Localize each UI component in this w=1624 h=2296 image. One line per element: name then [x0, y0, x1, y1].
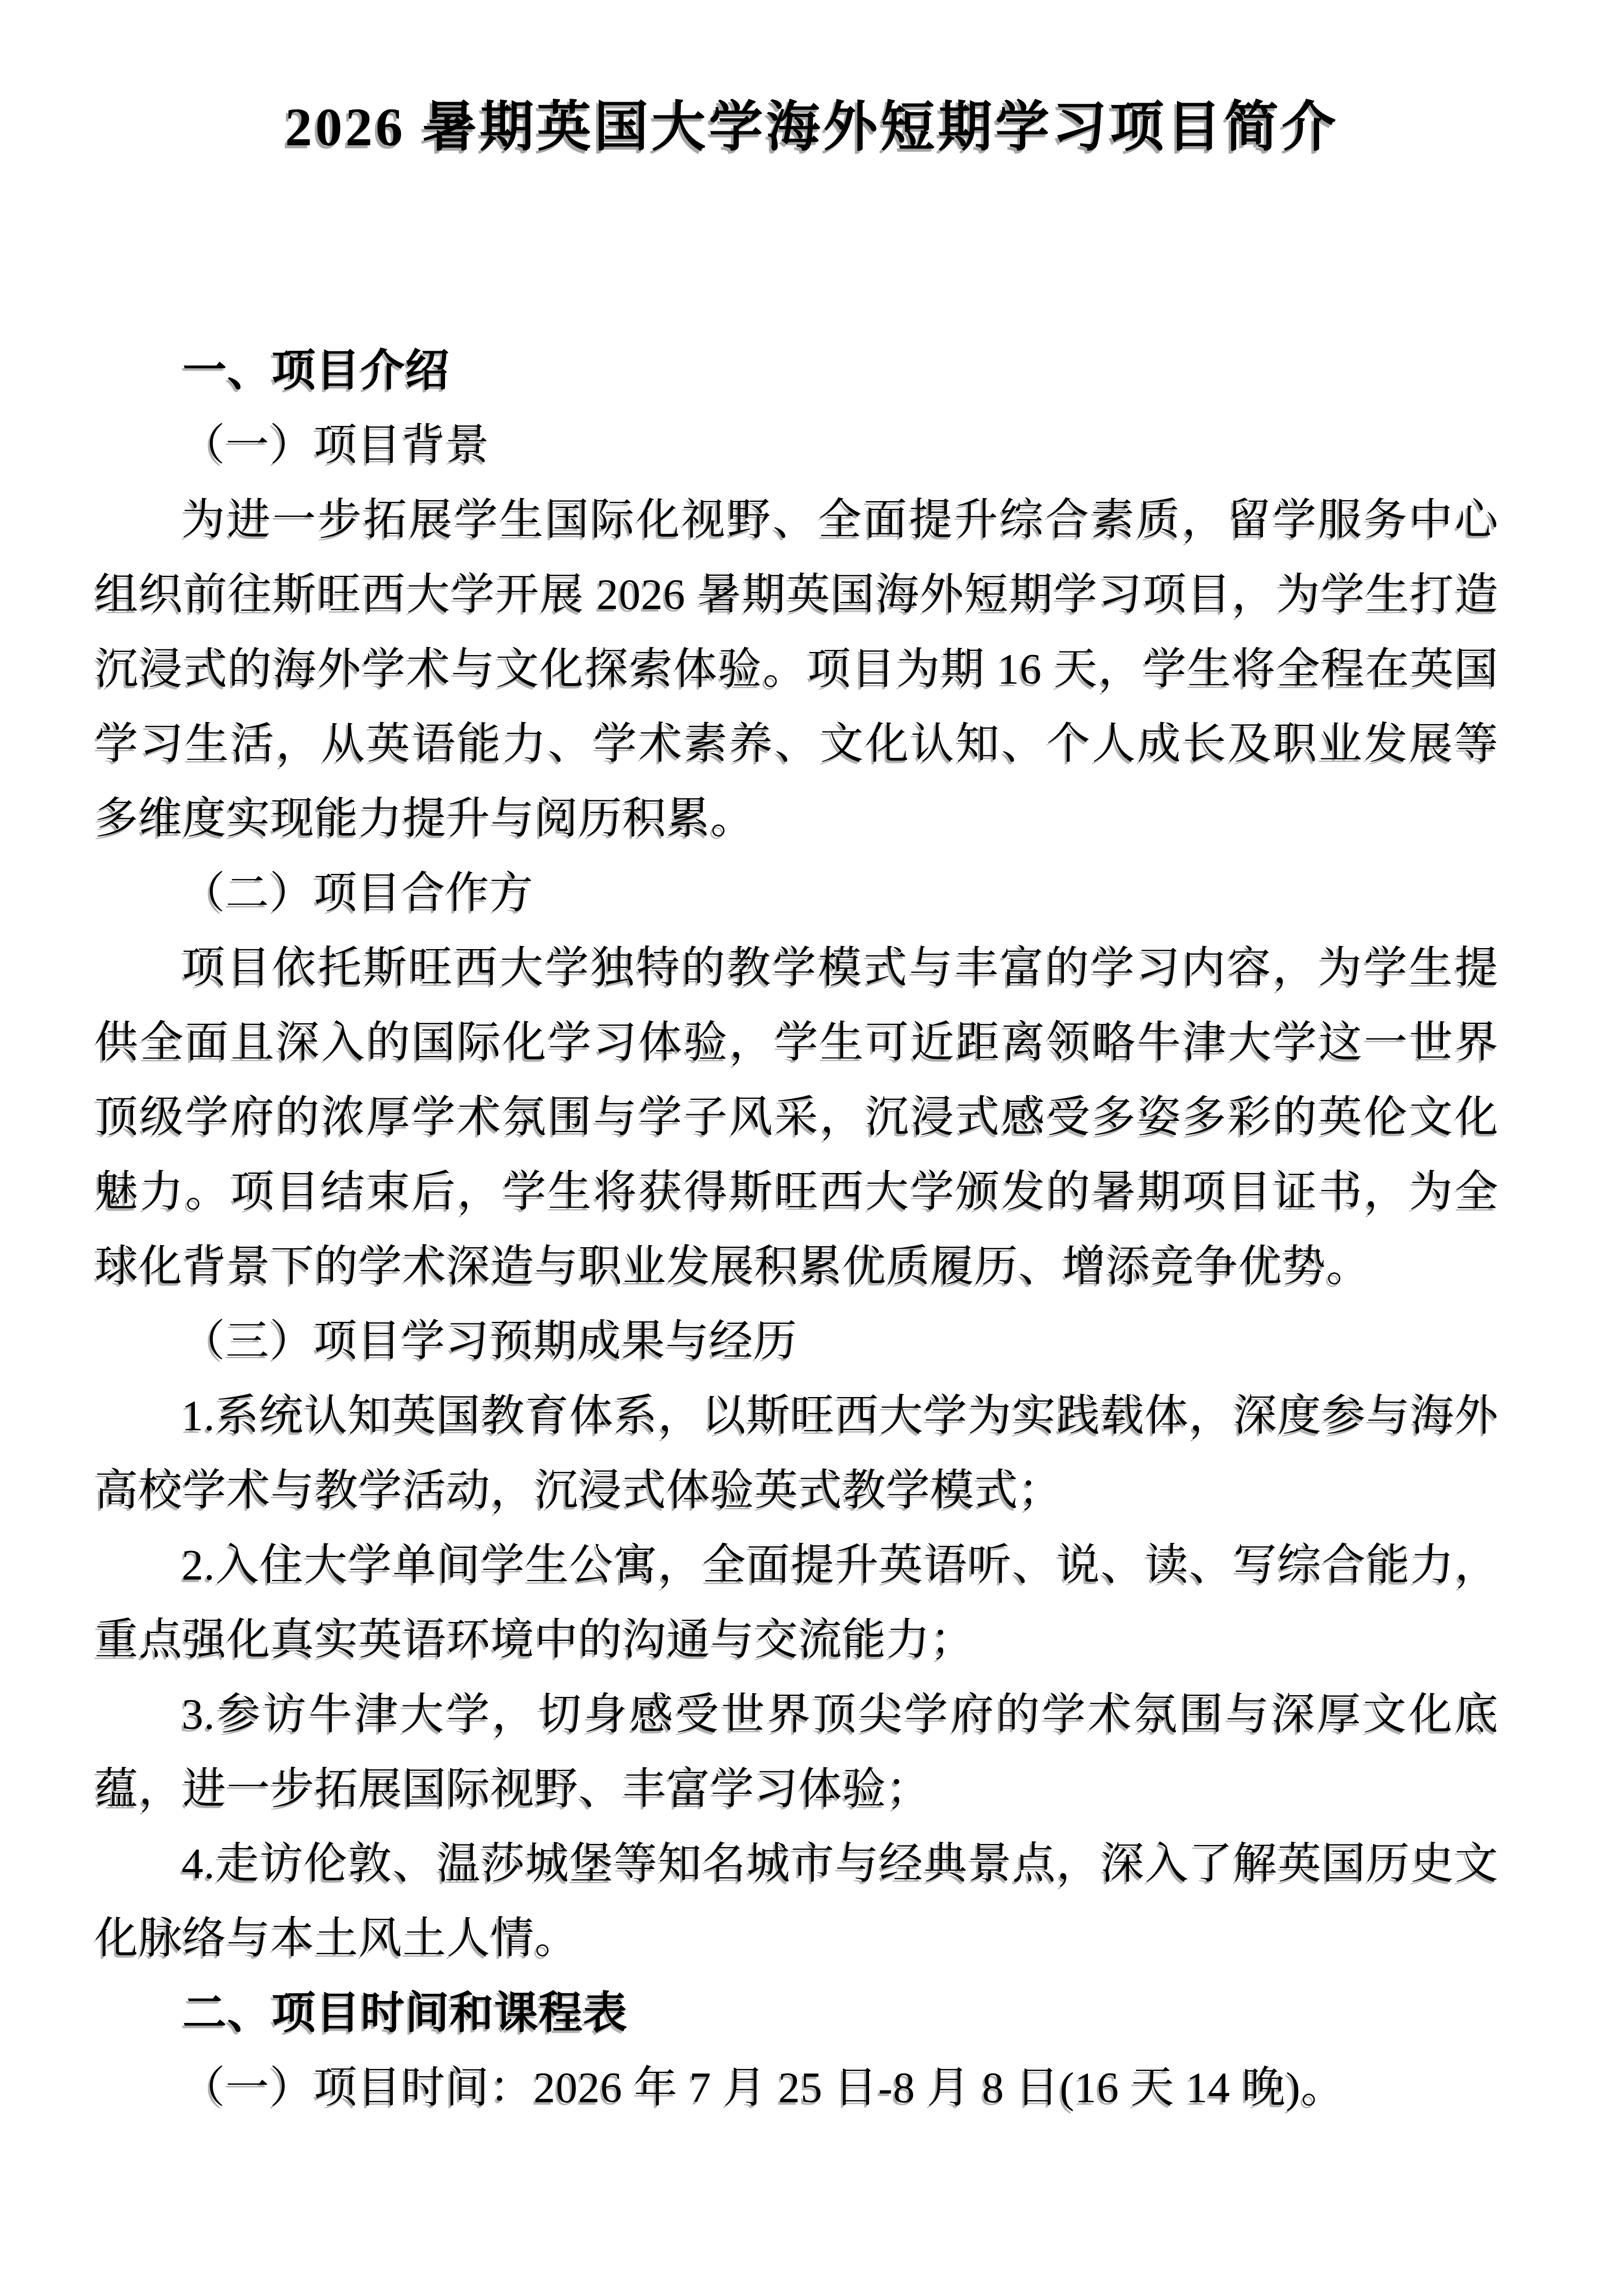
- subsection-heading: （一）项目背景: [95, 408, 1499, 483]
- section-heading: 二、项目时间和课程表: [95, 1976, 1499, 2051]
- paragraph: 2.入住大学单间学生公寓，全面提升英语听、说、读、写综合能力，重点强化真实英语环…: [95, 1528, 1499, 1677]
- subsection-heading: （三）项目学习预期成果与经历: [95, 1304, 1499, 1379]
- subsection-heading: （二）项目合作方: [95, 856, 1499, 931]
- paragraph: 为进一步拓展学生国际化视野、全面提升综合素质，留学服务中心组织前往斯旺西大学开展…: [95, 483, 1499, 856]
- document-body: 一、项目介绍（一）项目背景为进一步拓展学生国际化视野、全面提升综合素质，留学服务…: [0, 333, 1624, 2125]
- section-heading: 一、项目介绍: [95, 333, 1499, 408]
- paragraph: 1.系统认知英国教育体系，以斯旺西大学为实践载体，深度参与海外高校学术与教学活动…: [95, 1379, 1499, 1528]
- paragraph: 3.参访牛津大学，切身感受世界顶尖学府的学术氛围与深厚文化底蕴，进一步拓展国际视…: [95, 1677, 1499, 1827]
- document-title: 2026 暑期英国大学海外短期学习项目简介: [0, 0, 1624, 160]
- paragraph: 4.走访伦敦、温莎城堡等知名城市与经典景点，深入了解英国历史文化脉络与本土风土人…: [95, 1827, 1499, 1976]
- document-page: 2026 暑期英国大学海外短期学习项目简介 一、项目介绍（一）项目背景为进一步拓…: [0, 0, 1624, 2296]
- subsection-heading: （一）项目时间：2026 年 7 月 25 日-8 月 8 日(16 天 14 …: [95, 2051, 1499, 2125]
- paragraph: 项目依托斯旺西大学独特的教学模式与丰富的学习内容，为学生提供全面且深入的国际化学…: [95, 931, 1499, 1304]
